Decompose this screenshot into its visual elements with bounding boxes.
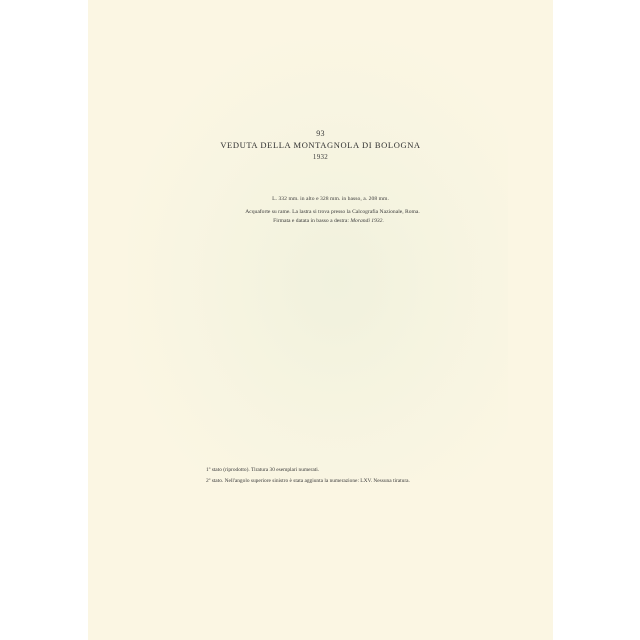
- plate-technique: Acquaforte su rame. La lastra si trova p…: [100, 209, 553, 215]
- state-1: 1º stato (riprodotto). Tiratura 30 esemp…: [206, 467, 319, 473]
- state-2: 2º stato. Nell'angolo superiore sinistro…: [206, 478, 410, 484]
- plate-year: 1932: [88, 153, 553, 161]
- plate-signature: Firmata e datata in basso a destra: Mora…: [96, 218, 553, 224]
- plate-dimensions: L. 332 mm. in alto e 328 mm. in basso, a…: [98, 196, 553, 202]
- catalogue-page: 93 VEDUTA DELLA MONTAGNOLA DI BOLOGNA 19…: [88, 0, 553, 640]
- plate-number: 93: [88, 129, 553, 138]
- plate-title: VEDUTA DELLA MONTAGNOLA DI BOLOGNA: [88, 140, 553, 150]
- paper-showthrough: [128, 40, 508, 480]
- signature-prefix: Firmata e datata in basso a destra:: [273, 218, 350, 224]
- signature-text: Morandi 1932.: [350, 218, 384, 224]
